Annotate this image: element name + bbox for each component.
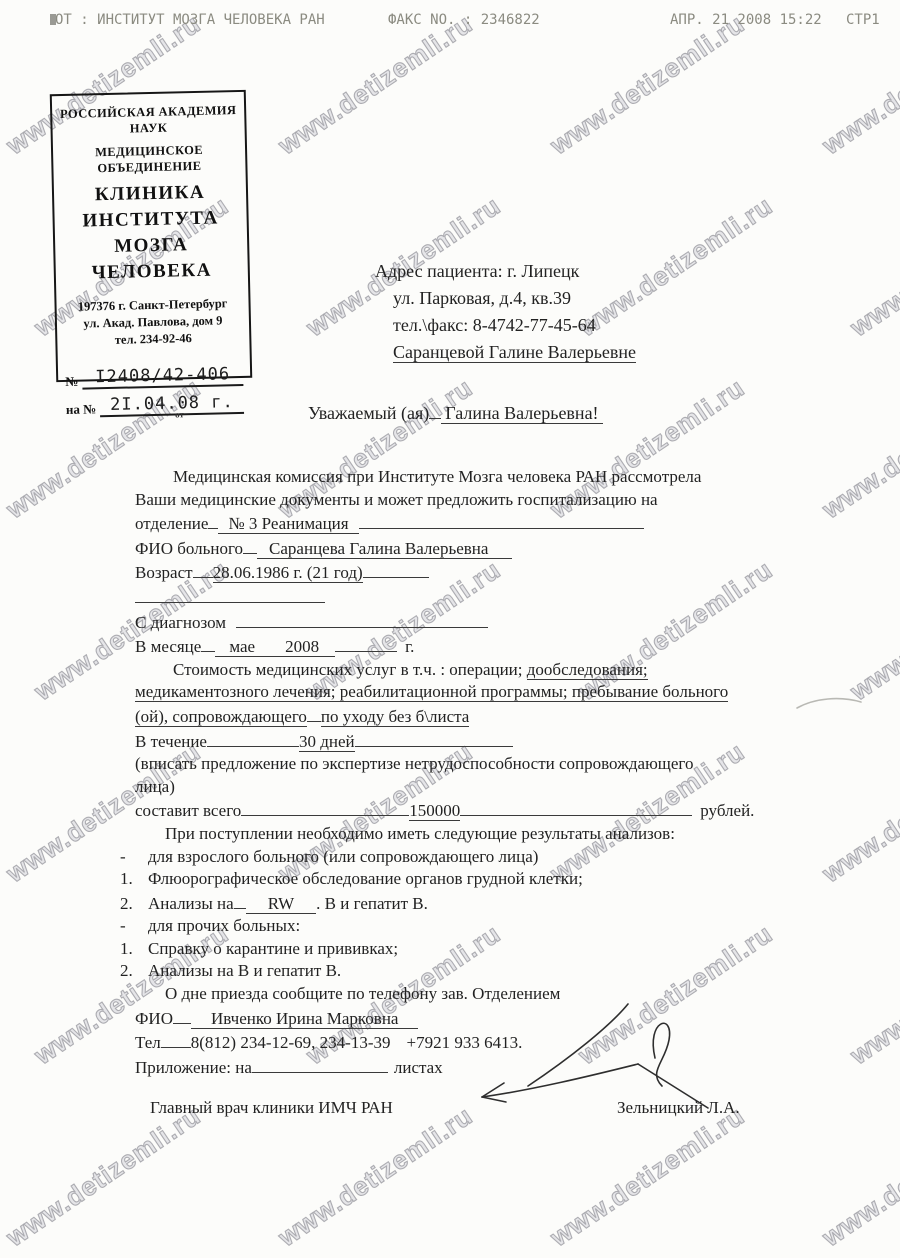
- patient-name-text: Саранцевой Галине Валерьевне: [393, 342, 636, 363]
- patient-city: г. Липецк: [507, 261, 579, 281]
- patient-fio-row: ФИО больногоСаранцева Галина Валерьевна: [135, 536, 799, 561]
- list-text: . В и гепатит В.: [316, 894, 428, 913]
- fax-sender: ОТ : ИНСТИТУТ МОЗГА ЧЕЛОВЕКА РАН: [55, 12, 325, 28]
- blank-field-line: [135, 585, 799, 610]
- stamp-number-label: №: [65, 374, 78, 390]
- list-text: Анализы на В и гепатит В.: [148, 961, 341, 980]
- cost-intro: Стоимость медицинских услуг в т.ч. : опе…: [173, 660, 523, 679]
- stamp-ref-preprint: от: [175, 404, 184, 424]
- stamp-reference-row: на № 2I.04.08 г.от: [59, 392, 251, 418]
- checklist-item: 1.Справку о карантине и прививках;: [120, 938, 799, 961]
- greeting-label: Уважаемый (ая): [308, 403, 429, 423]
- age-label: Возраст: [135, 563, 193, 582]
- contact-fio-label: ФИО: [135, 1009, 173, 1028]
- patient-address-line: Адрес пациента: г. Липецк: [375, 258, 636, 285]
- duration-row: В течение30 дней: [135, 729, 799, 754]
- clinic-stamp: РОССИЙСКАЯ АКАДЕМИЯ НАУК МЕДИЦИНСКОЕ ОБЪ…: [50, 90, 252, 382]
- note-line: лица): [135, 776, 799, 799]
- year-suffix: г.: [405, 637, 414, 656]
- watermark-text: www.detizemli.ru: [817, 736, 900, 889]
- patient-phone: тел.\факс: 8-4742-77-45-64: [393, 312, 636, 339]
- watermark-text: www.detizemli.ru: [845, 918, 900, 1071]
- attachment-label: Приложение: на: [135, 1058, 252, 1077]
- greeting-name: Галина Валерьевна!: [441, 403, 602, 424]
- watermark-text: www.detizemli.ru: [845, 554, 900, 707]
- duration-label: В течение: [135, 732, 207, 751]
- age-value: 28.06.1986 г. (21 год): [213, 563, 363, 583]
- list-text: Анализы на: [148, 894, 234, 913]
- cost-underlined: дообследования;: [527, 660, 648, 680]
- cost-line: Стоимость медицинских услуг в т.ч. : опе…: [135, 659, 799, 682]
- diagnosis-label: С диагнозом: [135, 613, 226, 632]
- fax-page-number: СТР1: [846, 12, 880, 28]
- month-row: В месяцемае2008г.: [135, 634, 799, 659]
- fax-number: ФАКС NO. : 2346822: [388, 12, 540, 28]
- year-value: 2008: [269, 637, 335, 656]
- list-marker: 2.: [120, 960, 148, 983]
- cost-underlined: медикаментозного лечения; реабилитационн…: [135, 682, 728, 702]
- list-marker: 1.: [120, 938, 148, 961]
- fio-value: Саранцева Галина Валерьевна: [257, 539, 512, 559]
- diagnosis-row: С диагнозом: [135, 610, 799, 635]
- cost-line: медикаментозного лечения; реабилитационн…: [135, 681, 799, 704]
- watermark-text: www.detizemli.ru: [817, 8, 900, 161]
- watermark-text: www.detizemli.ru: [817, 1100, 900, 1253]
- total-value: 150000: [409, 801, 460, 821]
- stamp-ref-label: на №: [66, 401, 97, 418]
- list-text: для прочих больных:: [148, 916, 300, 935]
- tel-value: 8(812) 234-12-69, 234-13-39: [191, 1033, 391, 1052]
- patient-street: ул. Парковая, д.4, кв.39: [393, 285, 636, 312]
- list-marker: 1.: [120, 868, 148, 891]
- scanned-fax-document: www.detizemli.ruwww.detizemli.ruwww.deti…: [0, 0, 900, 1258]
- tel-label: Тел: [135, 1033, 161, 1052]
- watermark-text: www.detizemli.ru: [817, 372, 900, 525]
- signer-title: Главный врач клиники ИМЧ РАН: [150, 1097, 393, 1120]
- stamp-clinic-name: МОЗГА ЧЕЛОВЕКА: [55, 231, 248, 287]
- list-marker: -: [120, 846, 148, 869]
- total-suffix: рублей.: [700, 801, 754, 820]
- department-value: № 3 Реанимация: [218, 514, 358, 534]
- cost-line: (ой), сопровождающегопо уходу без б\лист…: [135, 704, 799, 729]
- stamp-ref-date: 2I.04.08 г.: [110, 392, 234, 415]
- checklist-item: 2.Анализы на В и гепатит В.: [120, 960, 799, 983]
- checklist-item: -для взрослого больного (или сопровождаю…: [120, 846, 799, 869]
- address-label: Адрес пациента:: [375, 261, 503, 281]
- cost-underlined: по уходу без б\листа: [321, 707, 469, 727]
- watermark-text: www.detizemli.ru: [845, 190, 900, 343]
- cost-underlined: (ой), сопровождающего: [135, 707, 307, 727]
- stamp-org-line: МЕДИЦИНСКОЕ ОБЪЕДИНЕНИЕ: [53, 141, 246, 177]
- checklist-item: -для прочих больных:: [120, 915, 799, 938]
- handwritten-signature: [470, 996, 750, 1116]
- list-marker: 2.: [120, 893, 148, 916]
- checklist-item: 2.Анализы наRW. В и гепатит В.: [120, 891, 799, 916]
- age-row: Возраст28.06.1986 г. (21 год): [135, 560, 799, 585]
- total-row: составит всего150000рублей.: [135, 798, 799, 823]
- attachment-suffix: листах: [394, 1058, 443, 1077]
- stamp-number-value: I2408/42-406: [82, 364, 243, 390]
- department-row: отделение№ 3 Реанимация: [135, 511, 799, 536]
- tests-intro-line: При поступлении необходимо иметь следующ…: [135, 823, 799, 846]
- total-label: составит всего: [135, 801, 241, 820]
- note-line: (вписать предложение по экспертизе нетру…: [135, 753, 799, 776]
- month-value: мае: [215, 637, 269, 656]
- paragraph-line: Ваши медицинские документы и может предл…: [135, 489, 799, 512]
- list-text: для взрослого больного (или сопровождающ…: [148, 847, 538, 866]
- paragraph-line: Медицинская комиссия при Институте Мозга…: [135, 466, 799, 489]
- patient-address-block: Адрес пациента: г. Липецк ул. Парковая, …: [375, 258, 636, 366]
- month-label: В месяце: [135, 637, 201, 656]
- fax-datetime: АПР. 21 2008 15:22: [670, 12, 822, 28]
- watermark-text: www.detizemli.ru: [545, 8, 751, 161]
- department-label: отделение: [135, 514, 208, 533]
- list-marker: -: [120, 915, 148, 938]
- contact-fio-value: Ивченко Ирина Марковна: [191, 1009, 419, 1029]
- duration-value: 30 дней: [299, 732, 355, 752]
- stray-pen-mark: [795, 694, 865, 714]
- scan-artifact: [50, 14, 56, 25]
- stamp-outgoing-number-row: № I2408/42-406: [58, 364, 250, 390]
- fio-label: ФИО больного: [135, 539, 243, 558]
- list-text: Флюорографическое обследование органов г…: [148, 869, 583, 888]
- watermark-text: www.detizemli.ru: [273, 8, 479, 161]
- fax-header: ОТ : ИНСТИТУТ МОЗГА ЧЕЛОВЕКА РАН ФАКС NO…: [0, 12, 900, 30]
- patient-name: Саранцевой Галине Валерьевне: [393, 339, 636, 366]
- list-text: Справку о карантине и прививках;: [148, 939, 398, 958]
- stamp-clinic-name: ИНСТИТУТА: [54, 205, 247, 235]
- checklist-item: 1.Флюорографическое обследование органов…: [120, 868, 799, 891]
- stamp-ref-value: 2I.04.08 г.от: [100, 392, 244, 417]
- list-value: RW: [246, 894, 316, 914]
- greeting-line: Уважаемый (ая)Галина Валерьевна!: [308, 400, 603, 424]
